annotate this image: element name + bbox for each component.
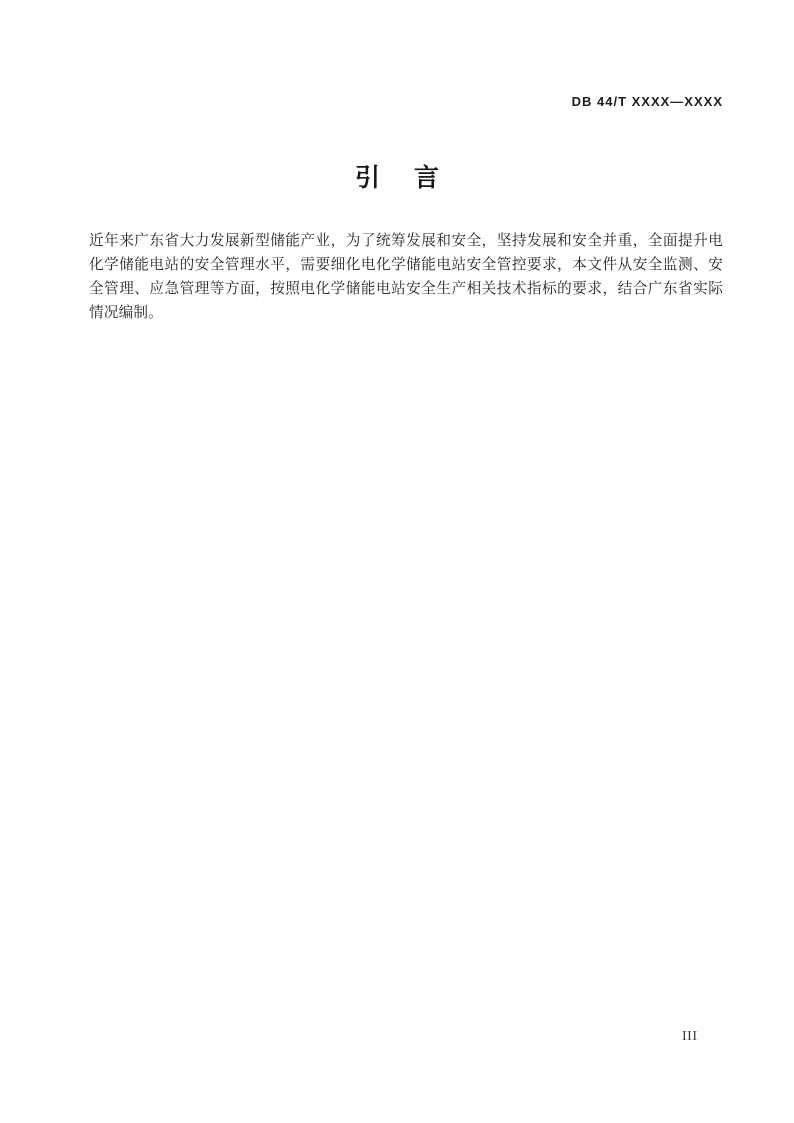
page-title: 引 言 — [0, 162, 794, 195]
introduction-paragraph: 近年来广东省大力发展新型储能产业，为了统筹发展和安全，坚持发展和安全并重，全面提… — [89, 229, 723, 325]
standard-doc-code: DB 44/T XXXX—XXXX — [572, 94, 723, 109]
page-number: III — [682, 1029, 698, 1045]
page-title-char-2: 言 — [414, 162, 439, 195]
document-page: DB 44/T XXXX—XXXX 引 言 近年来广东省大力发展新型储能产业，为… — [0, 0, 794, 1123]
page-title-char-1: 引 — [355, 162, 380, 195]
